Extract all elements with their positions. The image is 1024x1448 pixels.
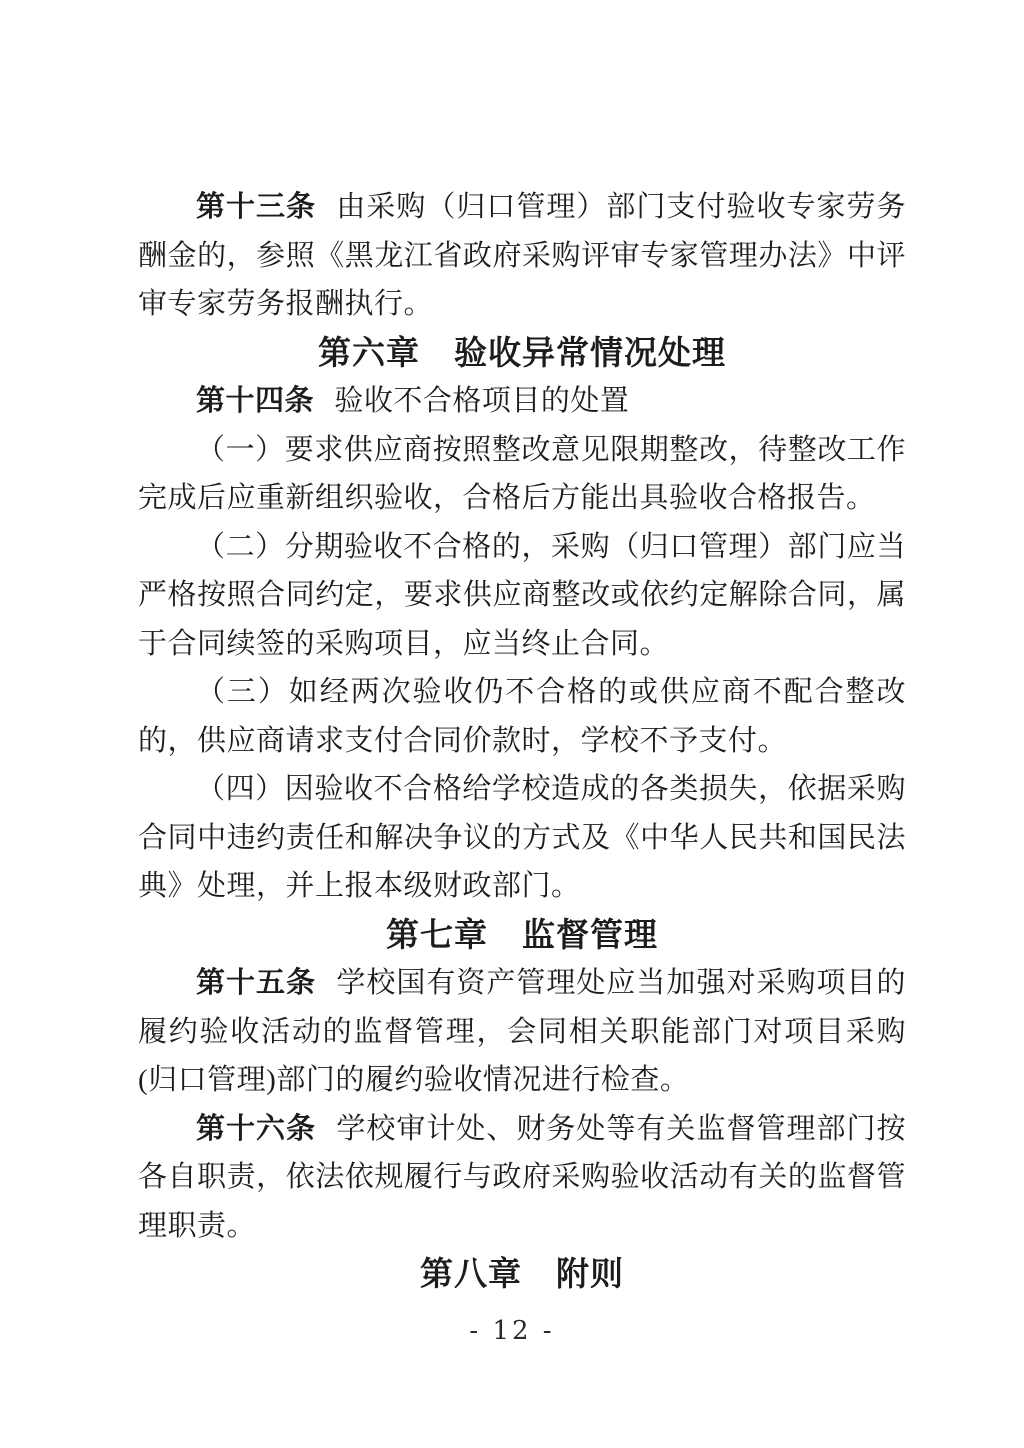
chapter-8-heading: 第八章 附则 [138,1250,906,1299]
chapter-6-heading: 第六章 验收异常情况处理 [138,329,906,378]
document-page: 第十三条由采购（归口管理）部门支付验收专家劳务酬金的，参照《黑龙江省政府采购评审… [0,0,1024,1448]
page-number: - 12 - [0,1316,1024,1346]
article-13-number: 第十三条 [196,191,316,223]
paragraph-article-14: 第十四条验收不合格项目的处置 [138,377,906,426]
paragraph-text: 验收不合格项目的处置 [334,385,629,417]
article-16-number: 第十六条 [196,1113,316,1145]
chapter-7-heading: 第七章 监督管理 [138,911,906,960]
paragraph-text: （二）分期验收不合格的，采购（归口管理）部门应当严格按照合同约定，要求供应商整改… [138,531,906,660]
paragraph-item-2: （二）分期验收不合格的，采购（归口管理）部门应当严格按照合同约定，要求供应商整改… [138,523,906,669]
paragraph-text: （一）要求供应商按照整改意见限期整改，待整改工作完成后应重新组织验收，合格后方能… [138,434,906,515]
paragraph-item-4: （四）因验收不合格给学校造成的各类损失，依据采购合同中违约责任和解决争议的方式及… [138,765,906,911]
paragraph-article-15: 第十五条学校国有资产管理处应当加强对采购项目的履约验收活动的监督管理，会同相关职… [138,959,906,1105]
article-14-number: 第十四条 [196,385,314,417]
paragraph-article-13: 第十三条由采购（归口管理）部门支付验收专家劳务酬金的，参照《黑龙江省政府采购评审… [138,183,906,329]
paragraph-article-16: 第十六条学校审计处、财务处等有关监督管理部门按各自职责，依法依规履行与政府采购验… [138,1105,906,1251]
paragraph-item-3: （三）如经两次验收仍不合格的或供应商不配合整改的，供应商请求支付合同价款时，学校… [138,668,906,765]
paragraph-item-1: （一）要求供应商按照整改意见限期整改，待整改工作完成后应重新组织验收，合格后方能… [138,426,906,523]
paragraph-text: （三）如经两次验收仍不合格的或供应商不配合整改的，供应商请求支付合同价款时，学校… [138,676,906,757]
article-15-number: 第十五条 [196,967,316,999]
paragraph-text: （四）因验收不合格给学校造成的各类损失，依据采购合同中违约责任和解决争议的方式及… [138,773,906,902]
page-content: 第十三条由采购（归口管理）部门支付验收专家劳务酬金的，参照《黑龙江省政府采购评审… [138,183,906,1299]
